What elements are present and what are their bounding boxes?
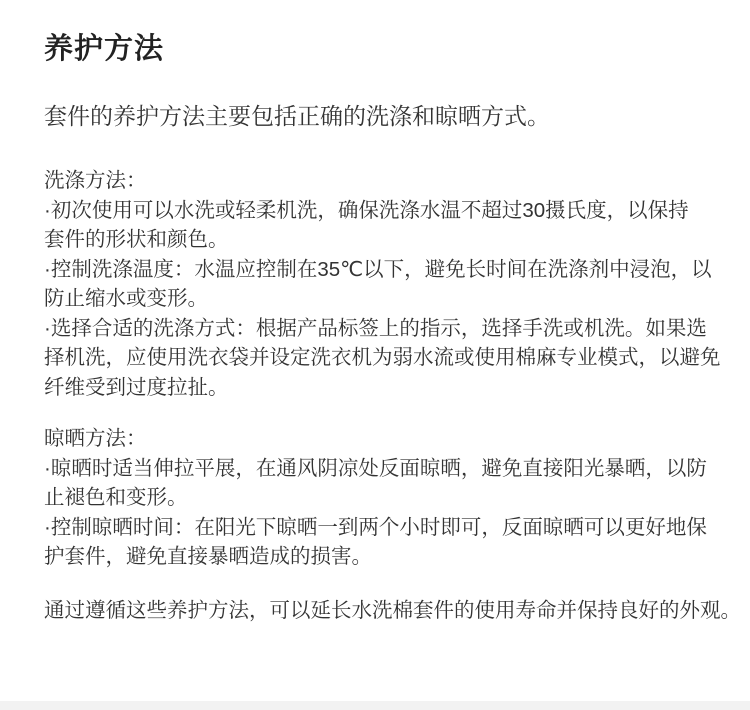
drying-section-heading: 晾晒方法： — [44, 424, 750, 454]
care-instructions-content: 养护方法 套件的养护方法主要包括正确的洗涤和晾晒方式。 洗涤方法： ·初次使用可… — [0, 0, 750, 625]
washing-bullet-2-line-1: ·控制洗涤温度：水温应控制在35℃以下，避免长时间在洗涤剂中浸泡，以 — [44, 255, 750, 285]
washing-bullet-3-line-1: ·选择合适的洗涤方式：根据产品标签上的指示，选择手洗或机洗。如果选 — [44, 314, 750, 344]
next-module-strip — [0, 701, 750, 710]
intro-paragraph: 套件的养护方法主要包括正确的洗涤和晾晒方式。 — [44, 100, 750, 132]
page-title: 养护方法 — [44, 30, 750, 68]
washing-bullet-1-line-1: ·初次使用可以水洗或轻柔机洗，确保洗涤水温不超过30摄氏度，以保持 — [44, 196, 750, 226]
care-instructions-page: 养护方法 套件的养护方法主要包括正确的洗涤和晾晒方式。 洗涤方法： ·初次使用可… — [0, 0, 750, 710]
washing-method-section: 洗涤方法： ·初次使用可以水洗或轻柔机洗，确保洗涤水温不超过30摄氏度，以保持 … — [44, 166, 750, 402]
drying-bullet-2-line-2: 护套件，避免直接暴晒造成的损害。 — [44, 542, 750, 572]
washing-bullet-2-line-2: 防止缩水或变形。 — [44, 284, 750, 314]
drying-bullet-1-line-2: 止褪色和变形。 — [44, 483, 750, 513]
washing-section-heading: 洗涤方法： — [44, 166, 750, 196]
conclusion-paragraph: 通过遵循这些养护方法，可以延长水洗棉套件的使用寿命并保持良好的外观。 — [44, 596, 750, 626]
drying-bullet-1-line-1: ·晾晒时适当伸拉平展，在通风阴凉处反面晾晒，避免直接阳光暴晒，以防 — [44, 454, 750, 484]
drying-bullet-2-line-1: ·控制晾晒时间：在阳光下晾晒一到两个小时即可，反面晾晒可以更好地保 — [44, 513, 750, 543]
drying-method-section: 晾晒方法： ·晾晒时适当伸拉平展，在通风阴凉处反面晾晒，避免直接阳光暴晒，以防 … — [44, 424, 750, 572]
washing-bullet-1-line-2: 套件的形状和颜色。 — [44, 225, 750, 255]
washing-bullet-3-line-2: 择机洗，应使用洗衣袋并设定洗衣机为弱水流或使用棉麻专业模式，以避免 — [44, 343, 750, 373]
washing-bullet-3-line-3: 纤维受到过度拉扯。 — [44, 373, 750, 403]
